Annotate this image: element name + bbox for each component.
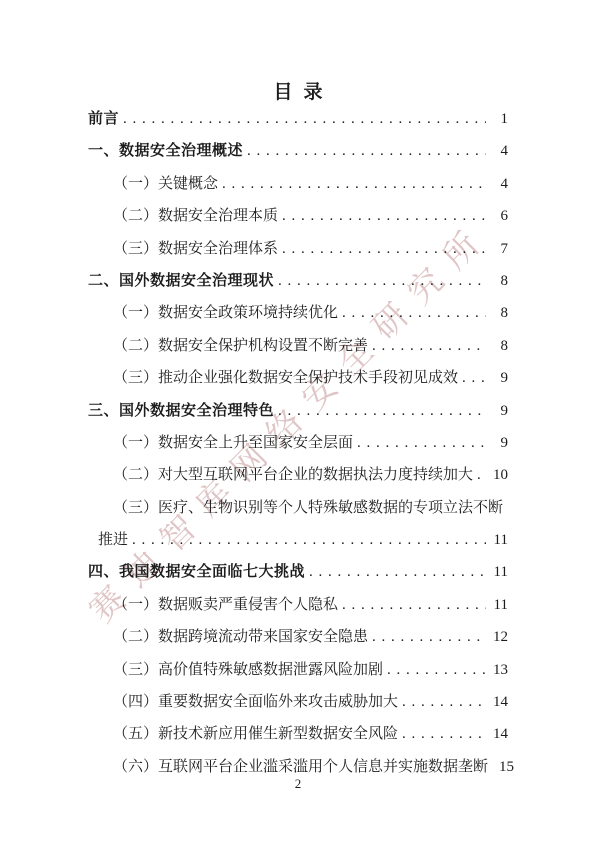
toc-entry: （五）新技术新应用催生新型数据安全风险 . . . . . . . . . . … — [88, 718, 508, 750]
toc-entry: （四）重要数据安全面临外来攻击威胁加大 . . . . . . . . . . … — [88, 686, 508, 718]
document-page: 赛迪智库网络安全研究所 目录 前言 . . . . . . . . . . . … — [0, 0, 600, 848]
toc-page-number: 9 — [488, 362, 508, 394]
toc-entry-text: 二、国外数据安全治理现状 — [88, 265, 274, 297]
toc-entry-text: 四、我国数据安全面临七大挑战 — [88, 556, 305, 588]
toc-entry: （三）推动企业强化数据安全保护技术手段初见成效 . . . . . . . . … — [88, 362, 508, 394]
toc-page-number: 8 — [488, 330, 508, 362]
toc-page-number: 11 — [488, 556, 508, 588]
toc-page-number: 14 — [488, 686, 508, 718]
page-title: 目录 — [88, 83, 508, 103]
toc-entry-text: （一）数据安全政策环境持续优化 — [113, 297, 338, 329]
dot-leader: . . . . . . . . . . . . . . . . . . . . … — [357, 427, 486, 459]
toc-entry: （一）数据安全政策环境持续优化 . . . . . . . . . . . . … — [88, 297, 508, 329]
toc-entry: （三）高价值特殊敏感数据泄露风险加剧 . . . . . . . . . . .… — [88, 654, 508, 686]
dot-leader: . . . . . . . . . . . . . . . . . . . . … — [342, 589, 486, 621]
toc-page-number: 9 — [488, 395, 508, 427]
dot-leader: . . . . . . . . . . . . . . . . . . . . … — [309, 556, 486, 588]
dot-leader: . . . . . . . . . . . . . . . . . . . . … — [402, 686, 486, 718]
dot-leader: . . . . . . . . . . . . . . . . . . . . … — [247, 135, 486, 167]
dot-leader: . . . . . . . . . . . . . . . . . . . . … — [278, 265, 486, 297]
toc-entry: （二）对大型互联网平台企业的数据执法力度持续加大 . . . . . . . .… — [88, 459, 508, 491]
toc-page-number: 9 — [488, 427, 508, 459]
toc-entry: （一）关键概念 . . . . . . . . . . . . . . . . … — [88, 168, 508, 200]
toc-entry-text: （三）高价值特殊敏感数据泄露风险加剧 — [113, 654, 383, 686]
dot-leader: . . . . . . . . . . . . . . . . . . . . … — [132, 524, 486, 556]
page-content: 目录 前言 . . . . . . . . . . . . . . . . . … — [88, 0, 508, 783]
toc-entry: 三、国外数据安全治理特色 . . . . . . . . . . . . . .… — [88, 395, 508, 427]
toc-page-number: 6 — [488, 200, 508, 232]
toc-entry-text: 前言 — [88, 103, 119, 135]
toc-entry: （一）数据安全上升至国家安全层面 . . . . . . . . . . . .… — [88, 427, 508, 459]
dot-leader: . . . . . . . . . . . . . . . . . . . . … — [278, 395, 486, 427]
toc-entry: 推进 . . . . . . . . . . . . . . . . . . .… — [88, 524, 508, 556]
toc-entry: 二、国外数据安全治理现状 . . . . . . . . . . . . . .… — [88, 265, 508, 297]
toc-entry: （一）数据贩卖严重侵害个人隐私 . . . . . . . . . . . . … — [88, 589, 508, 621]
toc-entry-text: （五）新技术新应用催生新型数据安全风险 — [113, 718, 398, 750]
dot-leader: . . . . . . . . . . . . . . . . . . . . … — [387, 654, 486, 686]
dot-leader: . . . . . . . . . . . . . . . . . . . . … — [222, 168, 486, 200]
toc-page-number: 10 — [488, 459, 508, 491]
dot-leader: . . . . . . . . . . . . . . . . . . . . … — [477, 459, 486, 491]
toc-entry: （二）数据安全保护机构设置不断完善 . . . . . . . . . . . … — [88, 330, 508, 362]
toc-entry-text: （三）推动企业强化数据安全保护技术手段初见成效 — [113, 362, 458, 394]
toc-entry-text: （四）重要数据安全面临外来攻击威胁加大 — [113, 686, 398, 718]
toc-entry-text: （一）数据安全上升至国家安全层面 — [113, 427, 353, 459]
toc-entry-text: （二）对大型互联网平台企业的数据执法力度持续加大 — [113, 459, 473, 491]
dot-leader: . . . . . . . . . . . . . . . . . . . . … — [123, 103, 486, 135]
toc-entry-text: （二）数据安全保护机构设置不断完善 — [113, 330, 368, 362]
table-of-contents: 前言 . . . . . . . . . . . . . . . . . . .… — [88, 103, 508, 783]
footer-page-number: 2 — [88, 776, 508, 792]
toc-page-number: 13 — [488, 654, 508, 686]
toc-page-number: 4 — [488, 135, 508, 167]
toc-page-number: 7 — [488, 233, 508, 265]
dot-leader: . . . . . . . . . . . . . . . . . . . . … — [372, 621, 486, 653]
toc-page-number: 8 — [488, 297, 508, 329]
toc-entry: 四、我国数据安全面临七大挑战 . . . . . . . . . . . . .… — [88, 556, 508, 588]
toc-entry: （二）数据安全治理本质 . . . . . . . . . . . . . . … — [88, 200, 508, 232]
toc-page-number: 8 — [488, 265, 508, 297]
toc-entry: （三）医疗、生物识别等个人特殊敏感数据的专项立法不断 — [88, 492, 508, 524]
dot-leader: . . . . . . . . . . . . . . . . . . . . … — [402, 718, 486, 750]
toc-page-number: 11 — [488, 589, 508, 621]
toc-entry-text: （三）数据安全治理体系 — [113, 233, 278, 265]
toc-entry-text: （二）数据跨境流动带来国家安全隐患 — [113, 621, 368, 653]
toc-entry-text: （二）数据安全治理本质 — [113, 200, 278, 232]
toc-page-number: 11 — [488, 524, 508, 556]
toc-entry-text: （三）医疗、生物识别等个人特殊敏感数据的专项立法不断 — [113, 492, 503, 524]
toc-entry: 一、数据安全治理概述 . . . . . . . . . . . . . . .… — [88, 135, 508, 167]
dot-leader: . . . . . . . . . . . . . . . . . . . . … — [342, 297, 486, 329]
toc-entry-text: （一）数据贩卖严重侵害个人隐私 — [113, 589, 338, 621]
toc-entry-text: （一）关键概念 — [113, 168, 218, 200]
toc-entry: （三）数据安全治理体系 . . . . . . . . . . . . . . … — [88, 233, 508, 265]
toc-page-number: 14 — [488, 718, 508, 750]
toc-entry-text: 一、数据安全治理概述 — [88, 135, 243, 167]
toc-page-number: 12 — [488, 621, 508, 653]
toc-entry-text: 推进 — [98, 524, 128, 556]
dot-leader: . . . . . . . . . . . . . . . . . . . . … — [282, 233, 486, 265]
toc-entry: （二）数据跨境流动带来国家安全隐患 . . . . . . . . . . . … — [88, 621, 508, 653]
toc-page-number: 4 — [488, 168, 508, 200]
dot-leader: . . . . . . . . . . . . . . . . . . . . … — [462, 362, 486, 394]
toc-page-number: 1 — [488, 103, 508, 135]
dot-leader: . . . . . . . . . . . . . . . . . . . . … — [372, 330, 486, 362]
dot-leader: . . . . . . . . . . . . . . . . . . . . … — [282, 200, 486, 232]
toc-entry: 前言 . . . . . . . . . . . . . . . . . . .… — [88, 103, 508, 135]
toc-entry-text: 三、国外数据安全治理特色 — [88, 395, 274, 427]
